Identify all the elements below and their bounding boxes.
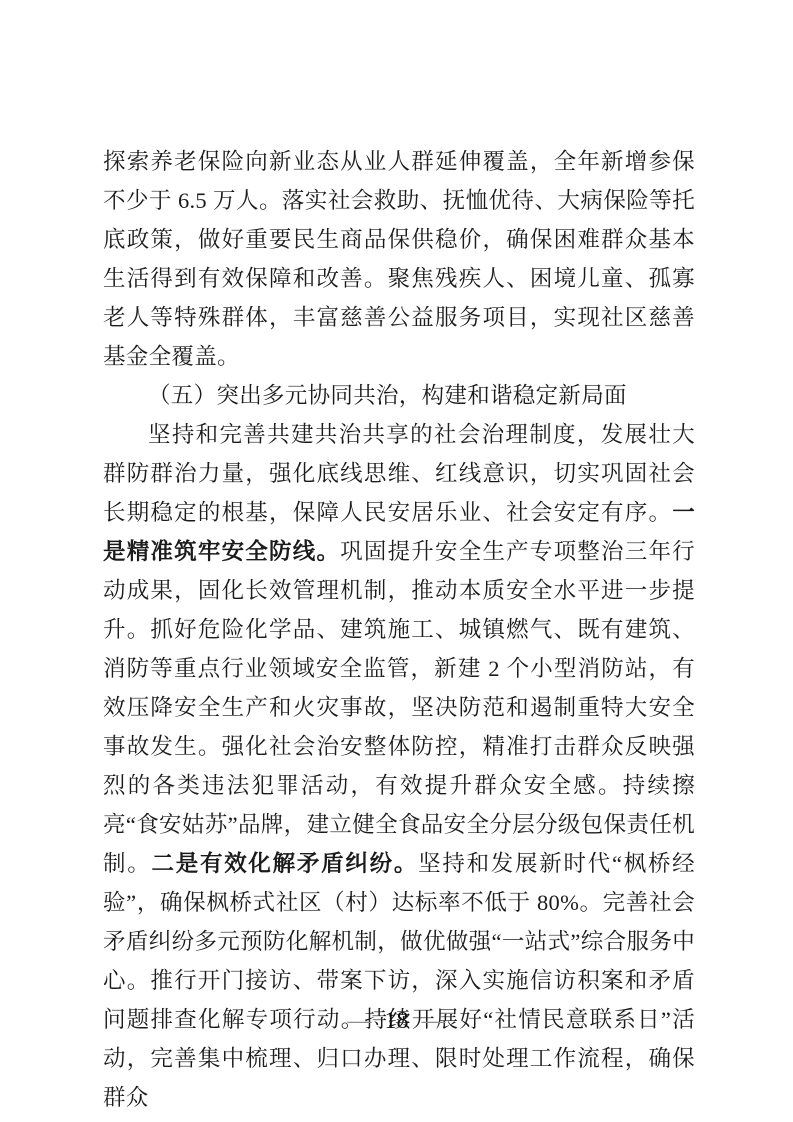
text-run: 巩固提升安全生产专项整治三年行动成果，固化长效管理机制，推动本质安全水平进一步提… [103,539,695,876]
text-run: 坚持和完善共建共治共享的社会治理制度，发展壮大群防群治力量，强化底线思维、红线意… [103,422,695,525]
emphasis-text-run: 二是有效化解矛盾纠纷。 [151,851,418,876]
text-run: （五）突出多元协同共治，构建和谐稳定新局面 [148,383,627,408]
document-body: 探索养老保险向新业态从业人群延伸覆盖，全年新增参保不少于 6.5 万人。落实社会… [103,142,695,1117]
document-page: 探索养老保险向新业态从业人群延伸覆盖，全年新增参保不少于 6.5 万人。落实社会… [0,0,793,1122]
page-footer: —18— [0,1004,793,1038]
footer-left-dash: — [348,1008,372,1034]
text-run: 探索养老保险向新业态从业人群延伸覆盖，全年新增参保不少于 6.5 万人。落实社会… [103,149,695,369]
paragraph-continuation: 探索养老保险向新业态从业人群延伸覆盖，全年新增参保不少于 6.5 万人。落实社会… [103,142,695,376]
page-number: 18 [385,1008,409,1034]
footer-right-dash: — [422,1008,446,1034]
section-heading: （五）突出多元协同共治，构建和谐稳定新局面 [103,376,695,415]
text-run: 坚持和发展新时代“枫桥经验”，确保枫桥式社区（村）达标率不低于 80%。完善社会… [103,851,695,1110]
